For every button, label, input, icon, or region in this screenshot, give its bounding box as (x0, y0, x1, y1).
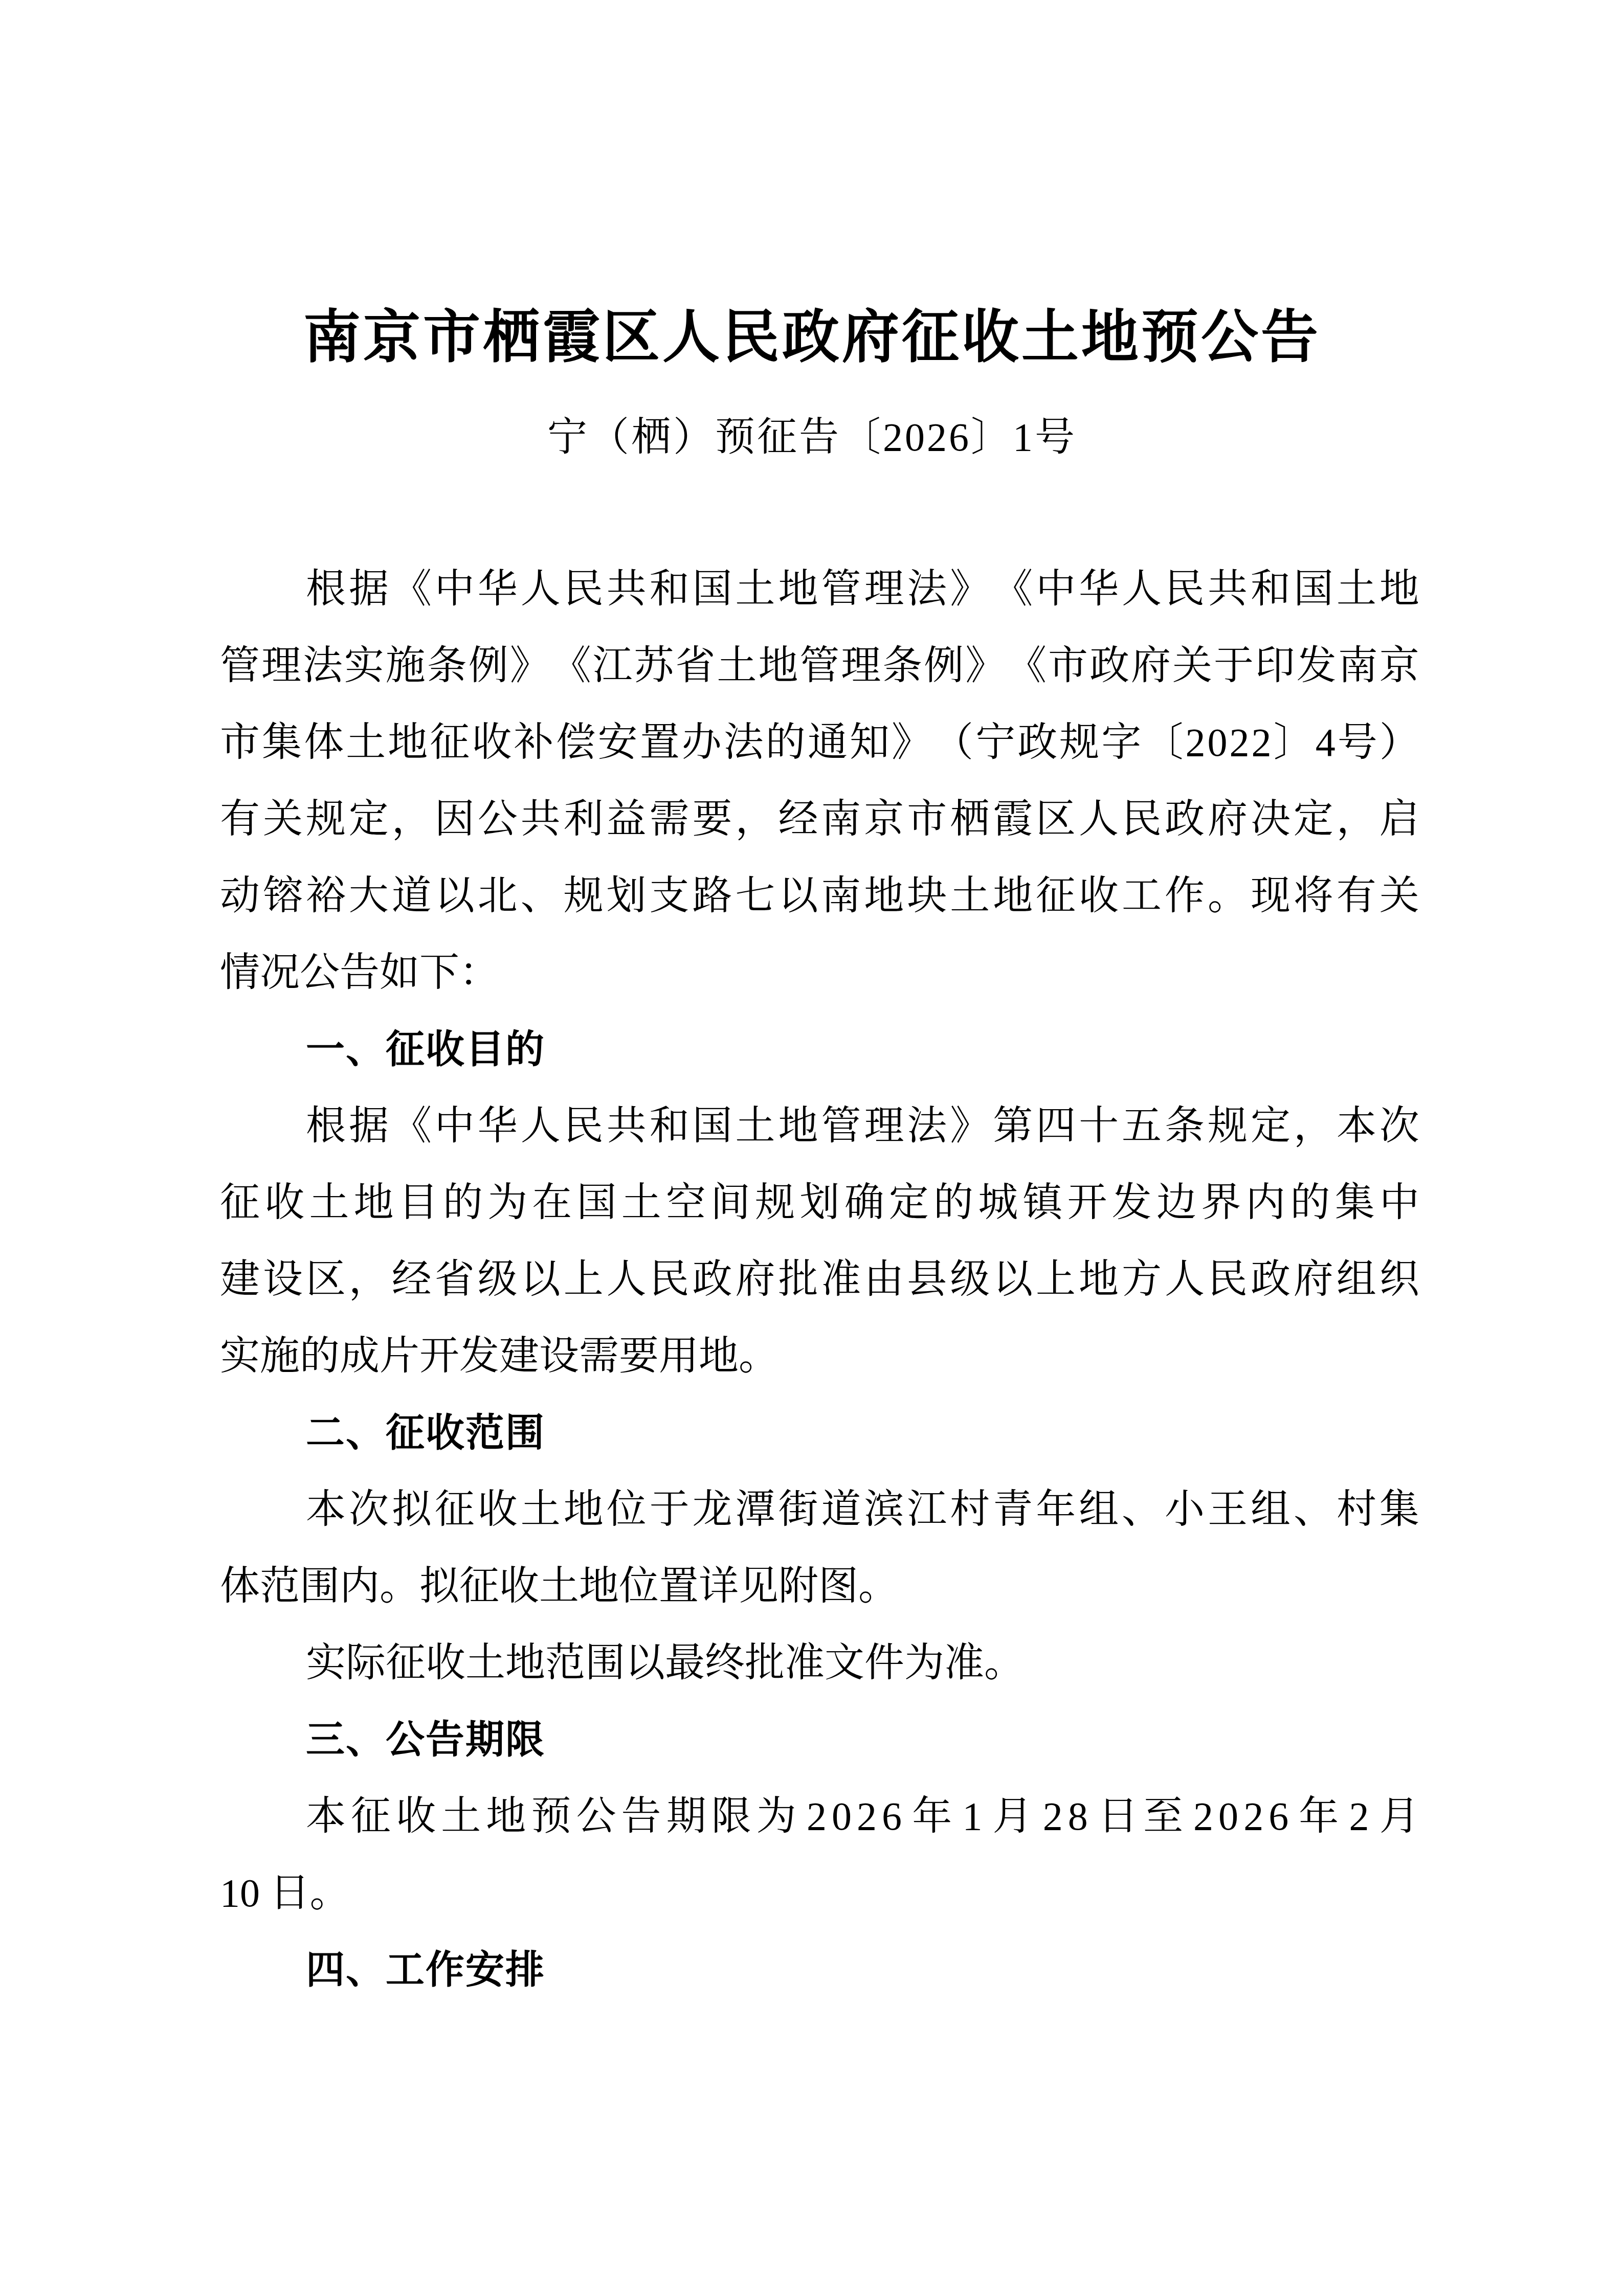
section-scope: 二、征收范围 本次拟征收土地位于龙潭街道滨江村青年组、小王组、村集 体范围内。拟… (220, 1394, 1419, 1701)
paragraph-line: 本次拟征收土地位于龙潭街道滨江村青年组、小王组、村集 (220, 1471, 1419, 1548)
paragraph-line: 情况公告如下： (220, 934, 1419, 1011)
paragraph-line: 动镕裕大道以北、规划支路七以南地块土地征收工作。现将有关 (220, 858, 1419, 934)
section-work-arrangement: 四、工作安排 (220, 1931, 1419, 2008)
section-paragraph: 本次拟征收土地位于龙潭街道滨江村青年组、小王组、村集 体范围内。拟征收土地位置详… (220, 1471, 1419, 1625)
intro-paragraph: 根据《中华人民共和国土地管理法》《中华人民共和国土地 管理法实施条例》《江苏省土… (220, 551, 1419, 1011)
paragraph-line: 实施的成片开发建设需要用地。 (220, 1318, 1419, 1394)
paragraph-line: 管理法实施条例》《江苏省土地管理条例》《市政府关于印发南京 (220, 627, 1419, 704)
document-body: 根据《中华人民共和国土地管理法》《中华人民共和国土地 管理法实施条例》《江苏省土… (220, 551, 1419, 2008)
section-paragraph: 根据《中华人民共和国土地管理法》第四十五条规定，本次 征收土地目的为在国土空间规… (220, 1088, 1419, 1394)
document-page: 南京市栖霞区人民政府征收土地预公告 宁（栖）预征告〔2026〕1号 根据《中华人… (0, 0, 1624, 2296)
paragraph-line: 10 日。 (220, 1855, 1419, 1931)
section-heading: 二、征收范围 (220, 1394, 1419, 1471)
section-heading: 一、征收目的 (220, 1011, 1419, 1088)
paragraph-line: 体范围内。拟征收土地位置详见附图。 (220, 1548, 1419, 1625)
section-heading: 三、公告期限 (220, 1701, 1419, 1778)
paragraph-line: 建设区，经省级以上人民政府批准由县级以上地方人民政府组织 (220, 1241, 1419, 1318)
paragraph-line: 实际征收土地范围以最终批准文件为准。 (220, 1625, 1419, 1701)
section-paragraph: 实际征收土地范围以最终批准文件为准。 (220, 1625, 1419, 1701)
paragraph-line: 征收土地目的为在国土空间规划确定的城镇开发边界内的集中 (220, 1164, 1419, 1241)
document-number: 宁（栖）预征告〔2026〕1号 (0, 409, 1624, 465)
section-paragraph: 本征收土地预公告期限为 2026 年 1 月 28 日至 2026 年 2 月 … (220, 1778, 1419, 1931)
paragraph-line: 本征收土地预公告期限为 2026 年 1 月 28 日至 2026 年 2 月 (220, 1778, 1419, 1855)
section-heading: 四、工作安排 (220, 1931, 1419, 2008)
paragraph-line: 有关规定，因公共利益需要，经南京市栖霞区人民政府决定，启 (220, 781, 1419, 858)
paragraph-line: 市集体土地征收补偿安置办法的通知》（宁政规字〔2022〕4号） (220, 704, 1419, 781)
section-purpose: 一、征收目的 根据《中华人民共和国土地管理法》第四十五条规定，本次 征收土地目的… (220, 1011, 1419, 1394)
section-period: 三、公告期限 本征收土地预公告期限为 2026 年 1 月 28 日至 2026… (220, 1701, 1419, 1931)
paragraph-line: 根据《中华人民共和国土地管理法》第四十五条规定，本次 (220, 1088, 1419, 1164)
paragraph-line: 根据《中华人民共和国土地管理法》《中华人民共和国土地 (220, 551, 1419, 627)
page-title: 南京市栖霞区人民政府征收土地预公告 (0, 299, 1624, 376)
